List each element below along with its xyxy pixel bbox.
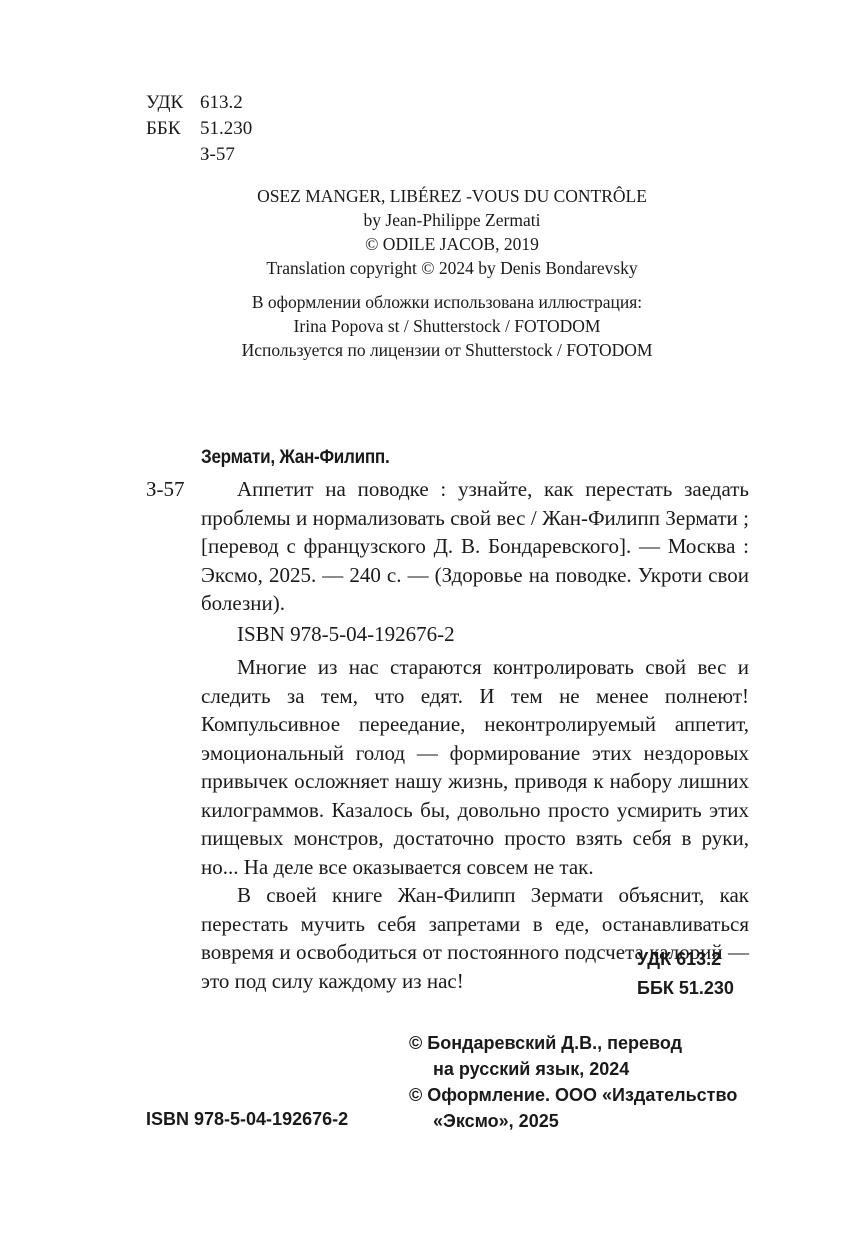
bbk-row: ББК 51.230 (146, 116, 252, 142)
catalog-isbn: ISBN 978-5-04-192676-2 (237, 622, 455, 647)
author-mark-row: З-57 (146, 142, 252, 168)
copyright-notices: © Бондаревский Д.В., перевод на русский … (409, 1030, 737, 1134)
cover-credit-line-1: В оформлении обложки использована иллюст… (0, 290, 844, 314)
original-edition-block: OSEZ MANGER, LIBÉREZ -VOUS DU CONTRÔLE b… (0, 184, 844, 280)
catalog-description: Аппетит на поводке : узнайте, как перест… (201, 475, 749, 618)
bottom-bbk: ББК 51.230 (637, 974, 734, 1003)
udk-row: УДК 613.2 (146, 90, 252, 116)
copyright-translation-line-1: © Бондаревский Д.В., перевод (409, 1030, 737, 1056)
author-mark: З-57 (200, 142, 235, 168)
catalog-author-heading: Зермати, Жан-Филипп. (201, 447, 389, 469)
classification-codes: УДК 613.2 ББК 51.230 З-57 (146, 90, 252, 168)
bottom-classification-codes: УДК 613.2 ББК 51.230 (637, 945, 734, 1003)
annotation: Многие из нас стараются контролировать с… (201, 653, 749, 995)
original-title: OSEZ MANGER, LIBÉREZ -VOUS DU CONTRÔLE (0, 184, 844, 208)
bottom-udk: УДК 613.2 (637, 945, 734, 974)
udk-label: УДК (146, 90, 200, 116)
bbk-label: ББК (146, 116, 200, 142)
annotation-paragraph-1: Многие из нас стараются контролировать с… (201, 653, 749, 881)
cover-credit-line-3: Используется по лицензии от Shutterstock… (0, 338, 844, 362)
udk-value: 613.2 (200, 90, 243, 116)
translation-copyright: Translation copyright © 2024 by Denis Bo… (0, 256, 844, 280)
copyright-design-line-2: «Эксмо», 2025 (409, 1108, 737, 1134)
bbk-value: 51.230 (200, 116, 252, 142)
bottom-isbn: ISBN 978-5-04-192676-2 (146, 1109, 348, 1130)
original-copyright: © ODILE JACOB, 2019 (0, 232, 844, 256)
original-author: by Jean-Philippe Zermati (0, 208, 844, 232)
catalog-card-mark: З-57 (146, 477, 185, 502)
cover-credit-line-2: Irina Popova st / Shutterstock / FOTODOM (0, 314, 844, 338)
catalog-description-text: Аппетит на поводке : узнайте, как перест… (201, 475, 749, 618)
copyright-translation-line-2: на русский язык, 2024 (409, 1056, 737, 1082)
copyright-design-line-1: © Оформление. ООО «Издательство (409, 1082, 737, 1108)
cover-credits-block: В оформлении обложки использована иллюст… (0, 290, 844, 362)
